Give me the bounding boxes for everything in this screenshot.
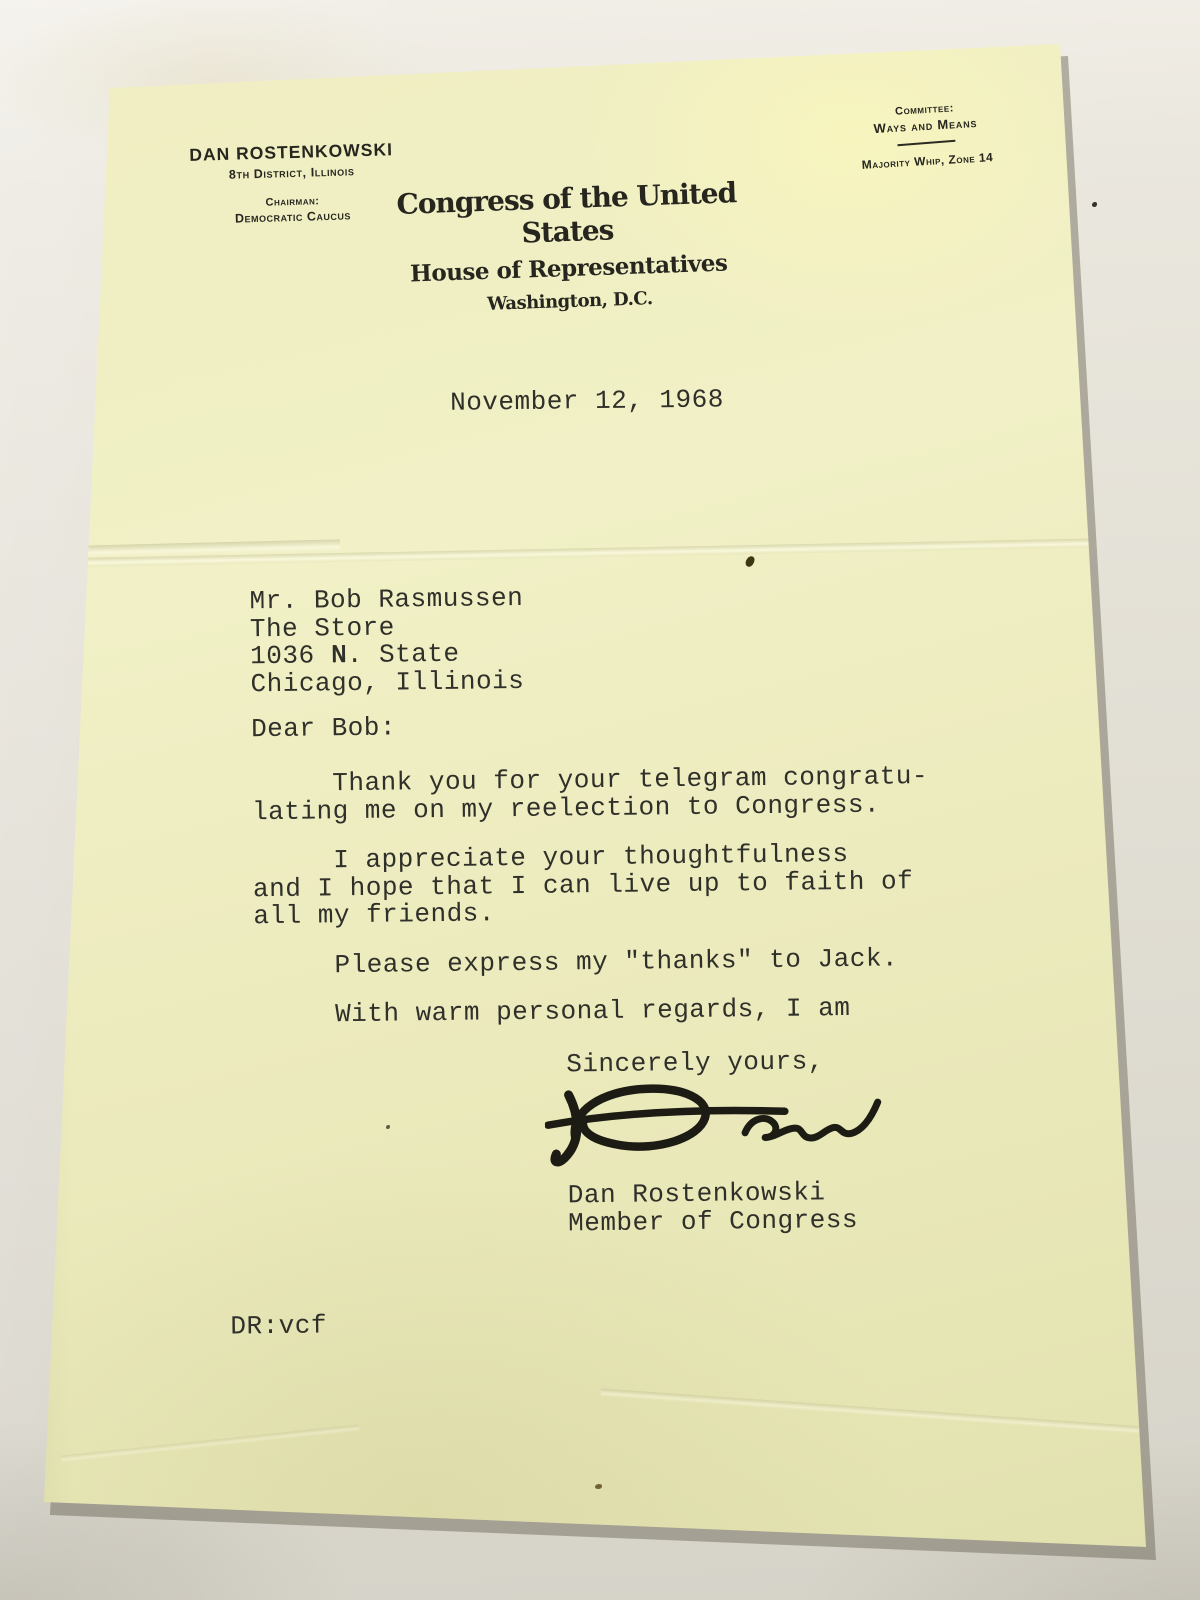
salutation-line: Dear Bob:	[251, 714, 396, 743]
recipient-block: Mr. Bob Rasmussen The Store 1036 N. Stat…	[249, 585, 524, 698]
closing-block: Sincerely yours, Dan Rostenkowski Member…	[566, 1048, 824, 1079]
typed-content-layer: November 12, 1968 Mr. Bob Rasmussen The …	[0, 0, 1200, 1600]
signer-title: Member of Congress	[568, 1207, 858, 1238]
body-line: With warm personal regards, I am	[254, 994, 931, 1030]
body-line: Please express my "thanks" to Jack.	[254, 944, 931, 980]
body-paragraphs: Thank you for your telegram congratu- la…	[252, 763, 931, 1030]
recipient-addr-overstruck: N	[331, 640, 347, 670]
recipient-addr-pre: 1036	[250, 640, 331, 671]
date-line: November 12, 1968	[450, 386, 724, 417]
body-line: all my friends.	[253, 895, 930, 931]
typist-reference: DR:vcf	[230, 1312, 327, 1341]
photo-scene: DAN ROSTENKOWSKI 8th District, Illinois …	[0, 0, 1200, 1600]
recipient-addr-post: . State	[347, 639, 460, 670]
signature-ink	[544, 1073, 895, 1185]
recipient-line: Chicago, Illinois	[250, 667, 524, 698]
body-line: lating me on my reelection to Congress.	[252, 790, 929, 826]
recipient-line: Mr. Bob Rasmussen	[249, 585, 523, 616]
